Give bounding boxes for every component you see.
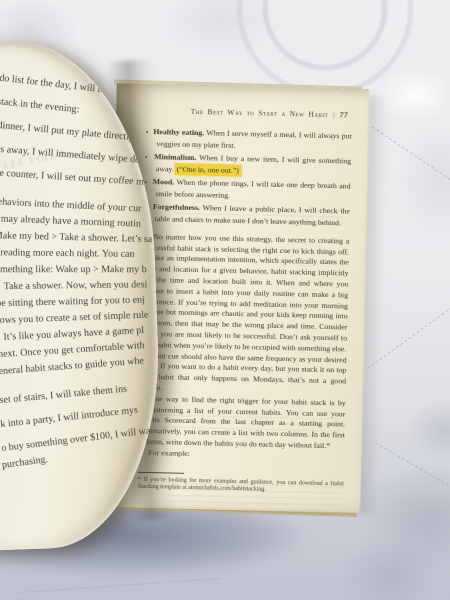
bullet-lead: Minimalism. bbox=[154, 152, 196, 162]
page-number: 77 bbox=[340, 110, 349, 119]
footnote-rule bbox=[138, 471, 184, 473]
highlighted-text: (“One in, one out.”) bbox=[176, 164, 240, 174]
bullet-item: ▪ Healthy eating. When I serve myself a … bbox=[145, 127, 351, 154]
chapter-title: The Best Way to Start a New Habit bbox=[191, 107, 329, 119]
bullet-item: ▪ Mood. When the phone rings, I will tak… bbox=[144, 177, 350, 204]
bullet-lead: Forgetfulness. bbox=[153, 202, 200, 212]
paragraph: No matter how you use this strategy, the… bbox=[141, 232, 350, 355]
book-photo: The Best Way to Start a New Habit | 77 ▪… bbox=[0, 0, 450, 600]
paragraph: One way to find the right trigger for yo… bbox=[139, 394, 346, 453]
bullet-item: ▪ Minimalism. When I buy a new item, I w… bbox=[145, 152, 351, 179]
footnote: * If you’re looking for more examples an… bbox=[138, 476, 344, 496]
paragraph: Your cue should also have the same frequ… bbox=[140, 350, 347, 398]
bullet-item: ▪ Forgetfulness. When I leave a public p… bbox=[144, 202, 350, 229]
bullet-lead: Healthy eating. bbox=[153, 127, 204, 137]
body-text: ▪ Healthy eating. When I serve myself a … bbox=[138, 127, 352, 497]
left-page-line: the counter, I will set out my coffee m bbox=[0, 164, 152, 191]
left-page-text: to-do list for the day, I will immedia i… bbox=[0, 37, 162, 476]
bullet-text: When the phone rings, I will take one de… bbox=[155, 178, 350, 200]
header-separator: | bbox=[333, 111, 335, 119]
running-head: The Best Way to Start a New Habit | 77 bbox=[146, 106, 352, 120]
bullet-lead: Mood. bbox=[153, 177, 175, 186]
